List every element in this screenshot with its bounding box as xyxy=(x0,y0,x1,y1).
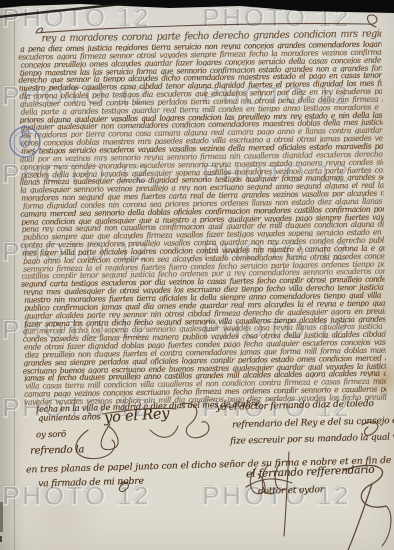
manuscript-body: rey a moradores corona parte fecho derec… xyxy=(17,28,386,405)
bottom-right-flourish-b xyxy=(348,484,372,550)
top-rule-curl xyxy=(367,15,376,27)
manuscript-photo: PHOTO 12PHOTO 12PHOTO 12PHOTO 12PHOTO 12… xyxy=(0,0,394,550)
page-edge-crease xyxy=(14,14,15,550)
corner-diagonal-mark xyxy=(0,3,132,17)
photo12-watermark: PHOTO 12 xyxy=(2,5,151,32)
royal-rubric-underswash xyxy=(150,426,178,437)
secretary-title: dottor et oydor xyxy=(258,485,324,497)
royal-rubric-loop-left xyxy=(101,424,118,450)
left-note-firmado: va firmado de mi nobre xyxy=(38,476,144,490)
right-note-line2: refrendario del Rey e del su consejo e s… xyxy=(232,416,394,431)
royal-signature: yo el Rey xyxy=(104,406,170,427)
left-note-oy: oy sorō xyxy=(36,430,66,441)
closing-year-line: quinientos años xyxy=(38,411,101,423)
right-note-line3: fize escreuir por su mandado la qual va … xyxy=(230,431,394,446)
photo12-watermark: PHOTO 12 xyxy=(202,5,351,32)
left-note-refrendo: refrendo la xyxy=(30,444,84,456)
bottom-right-flourish-c xyxy=(382,506,391,546)
